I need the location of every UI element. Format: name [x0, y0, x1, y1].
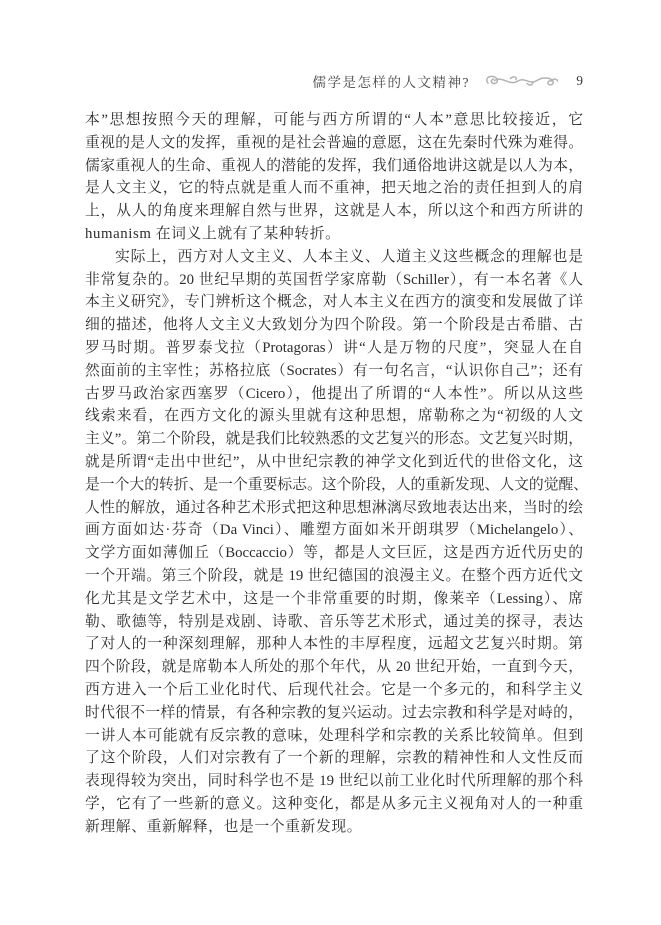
text-line: 四个阶段，就是席勒本人所处的那个年代，从 20 世纪开始，一直到今天， [85, 656, 583, 679]
text-line: 表现得较为突出，同时科学也不是 19 世纪以前工业化时代所理解的那个科 [85, 770, 583, 793]
text-block: 本”思想按照今天的理解，可能与西方所谓的“人本”意思比较接近，它重视的是人文的发… [85, 109, 583, 839]
text-line: 古罗马政治家西塞罗（Cicero），他提出了所谓的“人本性”。所以从这些 [85, 383, 583, 406]
text-line: 重视的是人文的发挥，重视的是社会普遍的意愿，这在先秦时代殊为难得。 [85, 132, 583, 155]
scroll-flourish-icon [483, 72, 559, 90]
text-line: 是人文主义，它的特点就是重人而不重神，把天地之治的责任担到人的肩 [85, 177, 583, 200]
text-line: 一讲人本可能就有反宗教的意味，处理科学和宗教的关系比较简单。但到 [85, 725, 583, 748]
running-header: 儒学是怎样的人文精神? 9 [85, 71, 583, 91]
text-line: 西方进入一个后工业化时代、后现代社会。它是一个多元的，和科学主义 [85, 679, 583, 702]
text-line: 本”思想按照今天的理解，可能与西方所谓的“人本”意思比较接近，它 [85, 109, 583, 132]
text-line: 罗马时期。普罗泰戈拉（Protagoras）讲“人是万物的尺度”，突显人在自 [85, 337, 583, 360]
text-line: humanism 在词义上就有了某种转折。 [85, 223, 583, 246]
text-line: 然面前的主宰性；苏格拉底（Socrates）有一句名言，“认识你自己”；还有 [85, 360, 583, 383]
text-line: 新理解、重新解释，也是一个重新发现。 [85, 816, 583, 839]
text-line: 上，从人的角度来理解自然与世界，这就是人本，所以这个和西方所讲的 [85, 200, 583, 223]
text-line: 儒家重视人的生命、重视人的潜能的发挥，我们通俗地讲这就是以人为本， [85, 155, 583, 178]
text-line: 一个开端。第三个阶段，就是 19 世纪德国的浪漫主义。在整个西方近代文 [85, 565, 583, 588]
text-line: 人性的解放，通过各种艺术形式把这种思想淋漓尽致地表达出来，当时的绘 [85, 497, 583, 520]
text-line: 学，它有了一些新的意义。这种变化，都是从多元主义视角对人的一种重 [85, 793, 583, 816]
text-line: 主义”。第二个阶段，就是我们比较熟悉的文艺复兴的形态。文艺复兴时期， [85, 428, 583, 451]
book-page: 儒学是怎样的人文精神? 9 本”思想按照今天的理解，可能与西方所谓的“人本”意思… [0, 0, 661, 925]
text-line: 实际上，西方对人文主义、人本主义、人道主义这些概念的理解也是 [85, 246, 583, 269]
text-line: 线索来看，在西方文化的源头里就有这种思想，席勒称之为“初级的人文 [85, 405, 583, 428]
text-line: 细的描述，他将人文主义大致划分为四个阶段。第一个阶段是古希腊、古 [85, 314, 583, 337]
chapter-title: 儒学是怎样的人文精神? [313, 71, 471, 91]
text-line: 就是所谓“走出中世纪”，从中世纪宗教的神学文化到近代的世俗文化，这 [85, 451, 583, 474]
text-line: 文学方面如薄伽丘（Boccaccio）等，都是人文巨匠，这是西方近代历史的 [85, 542, 583, 565]
text-line: 化尤其是文学艺术中，这是一个非常重要的时期，像莱辛（Lessing）、席 [85, 588, 583, 611]
page-number: 9 [573, 73, 583, 89]
text-line: 勒、歌德等，特别是戏剧、诗歌、音乐等艺术形式，通过美的探寻，表达 [85, 611, 583, 634]
text-line: 是一个大的转折、是一个重要标志。这个阶段，人的重新发现、人文的觉醒、 [85, 474, 583, 497]
text-line: 时代很不一样的情景，有各种宗教的复兴运动。过去宗教和科学是对峙的， [85, 702, 583, 725]
text-line: 本主义研究》，专门辨析这个概念，对人本主义在西方的演变和发展做了详 [85, 291, 583, 314]
text-line: 了对人的一种深刻理解，那种人本性的丰厚程度，远超文艺复兴时期。第 [85, 633, 583, 656]
text-line: 画方面如达·芬奇（Da Vinci）、雕塑方面如米开朗琪罗（Michelange… [85, 519, 583, 542]
text-line: 了这个阶段，人们对宗教有了一个新的理解，宗教的精神性和人文性反而 [85, 747, 583, 770]
text-line: 非常复杂的。20 世纪早期的英国哲学家席勒（Schiller），有一本名著《人 [85, 269, 583, 292]
